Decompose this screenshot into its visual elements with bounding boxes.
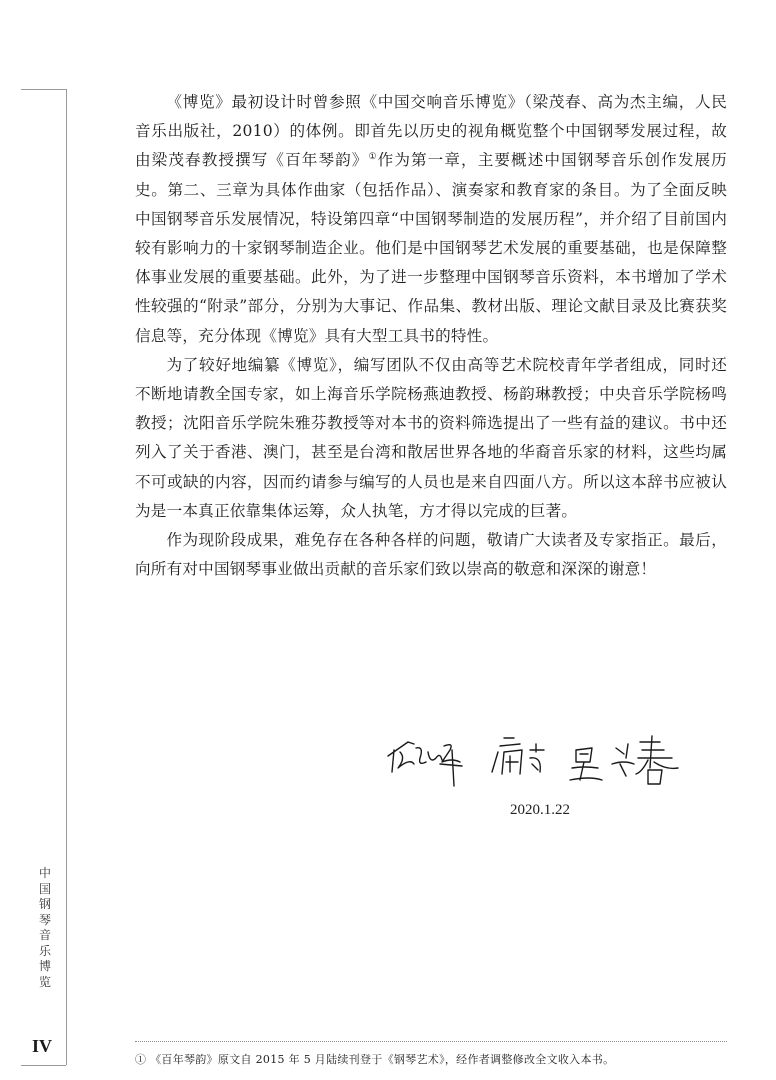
paragraph-2: 为了较好地编纂《博览》，编写团队不仅由高等艺术院校青年学者组成，同时还不断地请教… [135, 351, 727, 526]
footnote-reference[interactable]: ① [368, 152, 377, 162]
footnote-text: 《百年琴韵》原文自 2015 年 5 月陆续刊登于《钢琴艺术》，经作者调整修改全… [150, 1053, 614, 1066]
paragraph-1: 《博览》最初设计时曾参照《中国交响音乐博览》（梁茂春、高为杰主编，人民音乐出版社… [135, 88, 727, 351]
paragraph-1-text-b: 作为第一章，主要概述中国钢琴音乐创作发展历史。第二、三章为具体作曲家（包括作品）… [135, 151, 727, 344]
page-number: IV [32, 1036, 52, 1057]
footnote-separator [135, 1041, 727, 1042]
page-frame-bottom-rule [21, 1065, 66, 1066]
paragraph-3: 作为现阶段成果，难免存在各种各样的问题，敬请广大读者及专家指正。最后，向所有对中… [135, 526, 727, 584]
signature-image [380, 728, 725, 798]
signature-date: 2020.1.22 [510, 802, 570, 819]
page-frame-top-rule [21, 89, 66, 90]
running-book-title: 中国钢琴音乐博览 [37, 866, 53, 990]
preface-body: 《博览》最初设计时曾参照《中国交响音乐博览》（梁茂春、高为杰主编，人民音乐出版社… [135, 88, 727, 584]
footnote-marker: ① [135, 1053, 146, 1066]
page-frame-side-rule [66, 89, 67, 1065]
footnote: ① 《百年琴韵》原文自 2015 年 5 月陆续刊登于《钢琴艺术》，经作者调整修… [135, 1051, 614, 1067]
